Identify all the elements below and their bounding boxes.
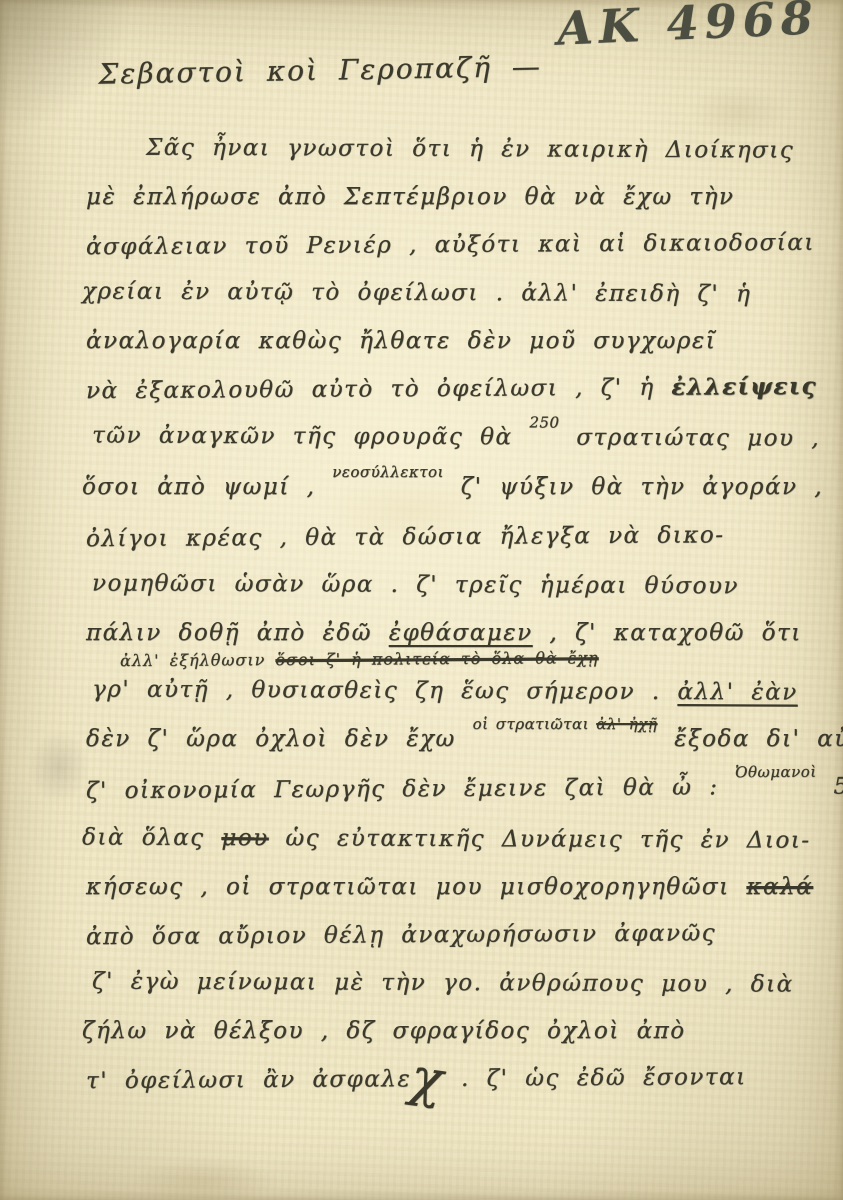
- handwriting-text: νομηθῶσι ὡσὰν ὥρα . ζ' τρεῖς ἡμέραι θύσο…: [92, 570, 739, 599]
- handwriting-text: τ' ὀφείλωσι ἂν ἀσφαλε: [86, 1066, 411, 1094]
- handwriting-text: ζ' ψύξιν θὰ τὴν ἀγοράν ,: [444, 474, 823, 500]
- handwritten-line: τῶν ἀναγκῶν τῆς φρουρᾶς θὰ 250 στρατιώτα…: [92, 411, 797, 464]
- interlinear-insertion: οἱ στρατιῶται: [473, 715, 597, 733]
- handwriting-text: ἀλλ' ἐὰν: [677, 679, 797, 706]
- handwritten-line: ὀλίγοι κρέας , θὰ τὰ δώσια ἤλεγξα νὰ δικ…: [86, 511, 797, 563]
- handwritten-line: ζ' ἐγὼ μείνωμαι μὲ τὴν γο. ἀνθρώπους μου…: [92, 957, 797, 1008]
- handwriting-text: ζήλω νὰ θέλξου , δζ σφραγίδος ὀχλοὶ ἀπὸ: [82, 1018, 686, 1044]
- manuscript-page: ΑΚ 4968 Σεβαστοὶ κοὶ Γεροπαζῆ — Σᾶς ἦναι…: [0, 0, 843, 1200]
- handwriting-text: ὡς εὐτακτικῆς Δυνάμεις τῆς ἐν Διοι-: [269, 825, 811, 853]
- handwritten-line: κήσεως , οἱ στρατιῶται μου μισθοχορηγηθῶ…: [86, 863, 797, 911]
- paper-stain: [130, 1158, 280, 1200]
- handwriting-text: δὲν ζ' ὥρα ὀχλοὶ δὲν ἔχω: [86, 726, 473, 752]
- handwriting-text: κήσεως , οἱ στρατιῶται μου μισθοχορηγηθῶ…: [86, 874, 746, 900]
- handwritten-line: χρείαι ἐν αὐτῷ τὸ ὀφείλωσι . ἀλλ' ἐπειδὴ…: [82, 267, 797, 318]
- interlinear-insertion: 250: [529, 413, 559, 431]
- handwritten-line: Σᾶς ἦναι γνωστοὶ ὅτι ἡ ἐν καιρικὴ Διοίκη…: [92, 123, 797, 174]
- interlinear-insertion: Ὀθωμανοὶ: [735, 763, 817, 781]
- handwriting-text: νὰ ἐξακολουθῶ αὐτὸ τὸ ὀφείλωσι , ζ' ἡ: [86, 375, 672, 405]
- handwriting-text: 5εα: [817, 773, 843, 799]
- handwritten-line: γρ' αὐτῇ , θυσιασθεὶς ζη ἕως σήμερον . ἀ…: [92, 665, 797, 716]
- handwritten-line: μὲ ἐπλήρωσε ἀπὸ Σεπτέμβριον θὰ νὰ ἔχω τὴ…: [86, 173, 797, 221]
- salutation-line: Σεβαστοὶ κοὶ Γεροπαζῆ —: [0, 0, 843, 92]
- handwriting-text: στρατιώτας μου ,: [559, 425, 820, 452]
- handwriting-text: Σᾶς ἦναι γνωστοὶ ὅτι ἡ ἐν καιρικὴ Διοίκη…: [146, 135, 794, 164]
- handwriting-text: ὀλίγοι κρέας , θὰ τὰ δώσια ἤλεγξα νὰ δικ…: [86, 522, 725, 552]
- handwriting-text: μὲ ἐπλήρωσε ἀπὸ Σεπτέμβριον θὰ νὰ ἔχω τὴ…: [86, 184, 734, 210]
- handwritten-line: διὰ ὅλας μου ὡς εὐτακτικῆς Δυνάμεις τῆς …: [82, 813, 797, 864]
- handwritten-line: δὲν ζ' ὥρα ὀχλοὶ δὲν ἔχω οἱ στρατιῶται ἀ…: [86, 715, 797, 765]
- handwritten-line: τ' ὀφείλωσι ἂν ἀσφαλεχ . ζ' ὡς ἐδῶ ἔσοντ…: [86, 1053, 797, 1105]
- struck-out-text: καλά: [746, 874, 813, 900]
- handwritten-line: ἀσφάλειαν τοῦ Ρενιέρ , αὐξότι καὶ αἱ δικ…: [86, 219, 797, 271]
- handwriting-text: ἔξοδα δι' αὐτήν :: [657, 726, 843, 752]
- handwritten-line: ἀναλογαρία καθὼς ἤλθατε δὲν μοῦ συγχωρεῖ: [86, 317, 797, 365]
- paper-stain: [28, 730, 90, 804]
- handwriting-text: ἀσφάλειαν τοῦ Ρενιέρ , αὐξότι καὶ αἱ δικ…: [86, 230, 815, 260]
- handwriting-text: χρείαι ἐν αὐτῷ τὸ ὀφείλωσι . ἀλλ' ἐπειδὴ…: [82, 278, 751, 307]
- handwritten-line: ὅσοι ἀπὸ ψωμί , νεοσύλλεκτοι ζ' ψύξιν θὰ…: [82, 463, 797, 513]
- handwriting-text: ὅσοι ἀπὸ ψωμί ,: [82, 474, 332, 500]
- handwritten-line: νὰ ἐξακολουθῶ αὐτὸ τὸ ὀφείλωσι , ζ' ἡ ἐλ…: [86, 363, 797, 415]
- handwriting-text: ζ' οἰκονομία Γεωργῆς δὲν ἔμεινε ζαὶ θὰ ὦ…: [86, 774, 735, 804]
- manuscript-body: Σᾶς ἦναι γνωστοὶ ὅτι ἡ ἐν καιρικὴ Διοίκη…: [86, 125, 797, 1103]
- handwriting-text: . ζ' ὡς ἐδῶ ἔσονται: [444, 1064, 747, 1092]
- handwriting-text: ζ' ἐγὼ μείνωμαι μὲ τὴν γο. ἀνθρώπους μου…: [92, 968, 794, 997]
- interlinear-insertion: ἀλ' ἠχῇ: [596, 715, 657, 733]
- handwritten-line: ζήλω νὰ θέλξου , δζ σφραγίδος ὀχλοὶ ἀπὸ: [82, 1007, 797, 1055]
- handwritten-line: ζ' οἰκονομία Γεωργῆς δὲν ἔμεινε ζαὶ θὰ ὦ…: [86, 763, 797, 817]
- handwritten-line: νομηθῶσι ὡσὰν ὥρα . ζ' τρεῖς ἡμέραι θύσο…: [92, 559, 797, 610]
- handwriting-text: , ζ' καταχοθῶ ὅτι: [533, 620, 802, 646]
- handwritten-line: ἀπὸ ὅσα αὔριον θέλῃ ἀναχωρήσωσιν ἀφανῶς: [86, 909, 797, 961]
- handwriting-text: πάλιν δοθῇ ἀπὸ ἐδῶ: [86, 620, 389, 646]
- handwriting-text: ἀναλογαρία καθὼς ἤλθατε δὲν μοῦ συγχωρεῖ: [86, 328, 716, 354]
- struck-out-text: μου: [221, 825, 268, 851]
- ink-flourish: χ: [411, 1077, 444, 1081]
- interlinear-insertion: νεοσύλλεκτοι: [332, 463, 444, 481]
- handwriting-text: διὰ ὅλας: [82, 824, 221, 851]
- handwriting-text: γρ' αὐτῇ , θυσιασθεὶς ζη ἕως σήμερον .: [92, 676, 678, 705]
- handwriting-text: ἐλλείψεις: [671, 373, 817, 401]
- handwriting-text: ἀπὸ ὅσα αὔριον θέλῃ ἀναχωρήσωσιν ἀφανῶς: [86, 920, 716, 950]
- handwriting-text: τῶν ἀναγκῶν τῆς φρουρᾶς θὰ: [92, 422, 529, 450]
- handwriting-text: ἐφθάσαμεν: [389, 620, 533, 646]
